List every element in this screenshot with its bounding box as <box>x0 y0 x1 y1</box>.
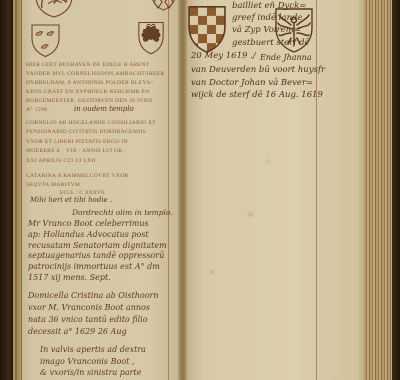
dark-eagle-shield <box>137 21 165 56</box>
manuscript-photo: HIER LEET BEGRAVEN DE EDELE H ARENT VAND… <box>0 0 400 380</box>
epitaph-catarina: CATARINA A RAMMELCOVRT VXOR SEQVTA MARIT… <box>26 172 129 191</box>
lozenges-shield <box>150 0 177 14</box>
checky-shield <box>188 5 226 55</box>
paper-stain <box>210 270 214 274</box>
entry-line: Mr Vranco Boot celeberrimus <box>28 219 167 230</box>
ende-jhanna-line: Ende Jhanna <box>260 53 312 62</box>
entry-line: & vxoris/in sinistra parte <box>40 367 146 379</box>
motto-line: Mihi heri et tibi hodie . <box>30 196 112 204</box>
epitaph-line: CORNELIO AB HOGELANDE CONSILIARIO ET <box>26 119 156 128</box>
ruled-margin-line <box>316 0 317 380</box>
epitaph-line: MOERERE E · VIX · ANNIS LVI OB : <box>26 147 156 156</box>
boot-entry: Mr Vranco Boot celeberrimus ap: Hollandu… <box>28 219 167 284</box>
page-stack-edges <box>364 0 392 380</box>
epitaph-line: KENS GRAEF EN XYPHOECK KERCKMR EN <box>26 88 164 97</box>
epitaph-line: HIER LEET BEGRAVEN DE EDELE H ARENT <box>26 61 164 70</box>
entry-line: gestbuert sterf dē <box>232 37 310 49</box>
book-gutter <box>178 0 188 380</box>
epitaph-line: CATARINA A RAMMELCOVRT VXOR <box>26 172 129 181</box>
ruled-margin-line <box>168 0 169 380</box>
entry-line: 1517 xij mens. Sept. <box>28 273 167 284</box>
entry-line: decessit a° 1629 26 Aug <box>28 326 159 338</box>
entry-line: van Deuverden bū voort huysfr <box>191 64 325 77</box>
boot-entry-valvis: In valvis apertis ad dextra imago Vranco… <box>40 344 146 379</box>
entry-line: ap: Hollandus Advocatus post <box>28 230 167 241</box>
entry-line: In valvis apertis ad dextra <box>40 344 146 356</box>
boot-heading: Dordrechti olim in templo. <box>72 208 173 217</box>
entry-line: nata 36 vnico tantū edito filio <box>28 314 159 326</box>
three-birds-shield <box>31 24 60 58</box>
entry-line: vā Zyp Voirem= <box>232 24 310 36</box>
beverwijck-entry: van Deuverden bū voort huysfr van Doctor… <box>191 64 325 102</box>
book-cover-left <box>0 0 13 380</box>
entry-line: vxor M. Vranconis Boot annos <box>28 302 159 314</box>
entry-line: Domicella Cristina ab Oisthoorn <box>28 290 159 302</box>
entry-line: patrocinijs immortuus est A° dm <box>28 262 167 273</box>
paper-stain <box>266 160 269 163</box>
paper-stain <box>248 212 253 217</box>
entry-line: wijck de sterf dē 16 Aug. 1619 <box>191 89 325 102</box>
entry-line: van Doctor Johan vā Bever= <box>191 77 325 90</box>
left-page: HIER LEET BEGRAVEN DE EDELE H ARENT VAND… <box>22 0 178 380</box>
boot-entry-cristina: Domicella Cristina ab Oisthoorn vxor M. … <box>28 290 159 338</box>
right-page: bailliet eñ Dyck= greef indē lande vā Zy… <box>188 0 364 380</box>
templo-note: in oudem templo <box>74 105 134 113</box>
date-line: 20 Mey 1619 ./ <box>191 51 256 61</box>
epitaph-hogelande: CORNELIO AB HOGELANDE CONSILIARIO ET PEN… <box>26 119 156 166</box>
partial-bird-shield <box>34 0 74 18</box>
page-edge-left <box>13 0 22 380</box>
bailliet-entry: bailliet eñ Dyck= greef indē lande vā Zy… <box>232 0 310 49</box>
epitaph-line: PENSIONARIO CIVITATIS DORDRACENSIS <box>26 128 156 137</box>
entry-line: recusatam Senatoriam dignitatem <box>28 241 167 252</box>
epitaph-line: XXI APRILIS CIƆ IƆ LXII <box>26 157 156 166</box>
entry-line: bailliet eñ Dyck= <box>232 0 310 12</box>
epitaph-line: VANDER MYL CORNELISSOON AMBACHTSHEER <box>26 70 164 79</box>
book-cover-right <box>392 0 400 380</box>
entry-line: septuagenarius tandē oppressorū <box>28 251 167 262</box>
entry-line: imago Vranconis Boot , <box>40 356 146 368</box>
epitaph-line: DVBBELDAM, S ANTHONIS POLDER BLEYS= <box>26 79 164 88</box>
epitaph-line: VXOR ET LIBERI PIETATIS ERGO IN <box>26 138 156 147</box>
entry-line: greef indē lande <box>232 12 310 24</box>
